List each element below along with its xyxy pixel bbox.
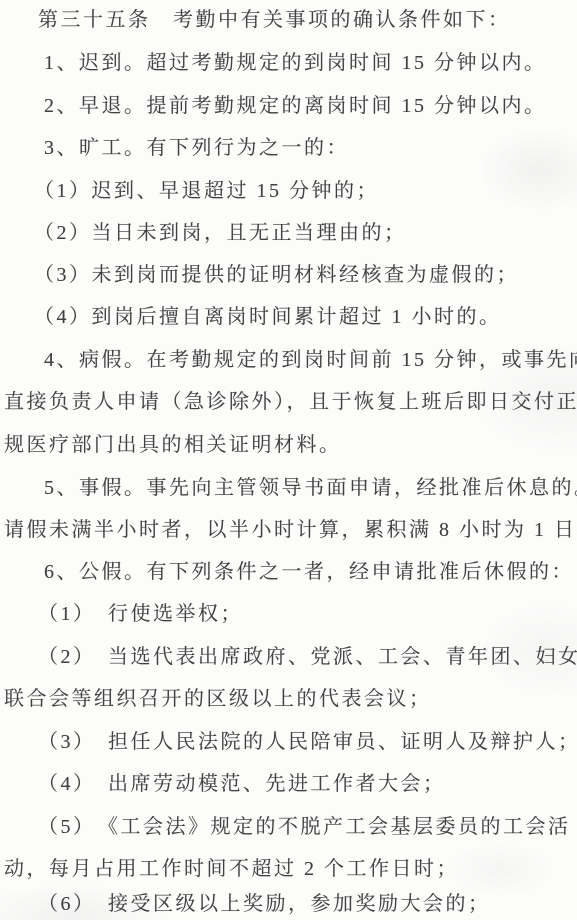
- document-line: （3）未到岗而提供的证明材料经核查为虚假的；: [34, 264, 519, 286]
- document-line: 6、公假。有下列条件之一者，经申请批准后休假的：: [44, 561, 574, 583]
- document-line: （2）当日未到岗，且无正当理由的；: [34, 222, 407, 244]
- document-line: 5、事假。事先向主管领导书面申请，经批准后休息的。: [44, 477, 577, 499]
- document-line: 动，每月占用工作时间不超过 2 个工作日时；: [4, 858, 459, 880]
- document-line: 2、早退。提前考勤规定的离岗时间 15 分钟以内。: [44, 95, 547, 117]
- document-line: （3） 担任人民法院的人民陪审员、证明人及辩护人；: [38, 731, 577, 753]
- document-line: 4、病假。在考勤规定的到岗时间前 15 分钟，或事先向: [44, 349, 577, 371]
- document-line: （1） 行使选举权；: [38, 603, 243, 625]
- document-line: 1、迟到。超过考勤规定的到岗时间 15 分钟以内。: [44, 52, 547, 74]
- document-line: （2） 当选代表出席政府、党派、工会、青年团、妇女: [38, 646, 577, 668]
- document-line: （4）到岗后擅自离岗时间累计超过 1 小时的。: [34, 306, 502, 328]
- document-line: 请假未满半小时者，以半小时计算，累积满 8 小时为 1 日。: [4, 519, 577, 541]
- document-line: （1）迟到、早退超过 15 分钟的；: [34, 180, 379, 202]
- document-line: 规医疗部门出具的相关证明材料。: [4, 434, 342, 456]
- document-line: （6） 接受区级以上奖励，参加奖励大会的；: [38, 893, 491, 915]
- article-heading: 第三十五条 考勤中有关事项的确认条件如下：: [38, 9, 511, 31]
- document-line: 联合会等组织召开的区级以上的代表会议；: [4, 688, 432, 710]
- document-line: （5） 《工会法》规定的不脱产工会基层委员的工会活: [38, 816, 571, 838]
- document-page: 第三十五条 考勤中有关事项的确认条件如下： 1、迟到。超过考勤规定的到岗时间 1…: [0, 0, 577, 920]
- document-line: 3、旷工。有下列行为之一的：: [44, 137, 349, 159]
- document-line: 直接负责人申请（急诊除外），且于恢复上班后即日交付正: [4, 391, 577, 413]
- document-line: （4） 出席劳动模范、先进工作者大会；: [38, 773, 446, 795]
